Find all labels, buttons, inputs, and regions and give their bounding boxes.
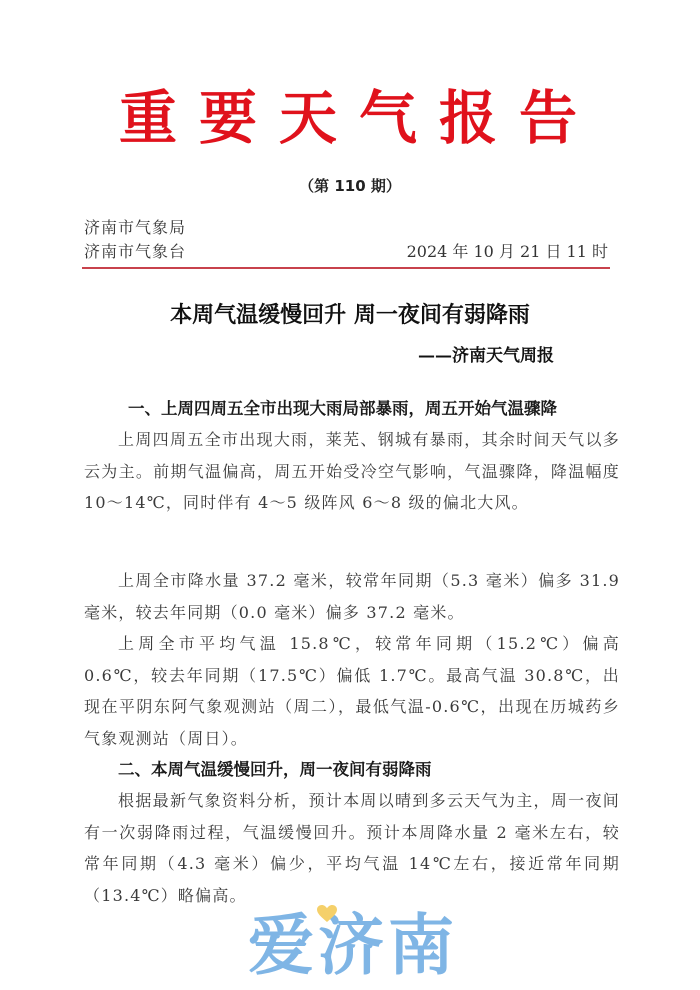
issue-date: 2024 年 10 月 21 日 11 时 xyxy=(407,241,608,263)
issuer-observatory: 济南市气象台 xyxy=(84,241,186,263)
section-heading-2: 二、本周气温缓慢回升，周一夜间有弱降雨 xyxy=(118,758,432,782)
header-divider xyxy=(82,267,610,269)
issuer-bureau: 济南市气象局 xyxy=(84,217,186,239)
section-1-paragraph-1: 上周四周五全市出现大雨，莱芜、钢城有暴雨，其余时间天气以多云为主。前期气温偏高，… xyxy=(84,424,620,519)
section-1-paragraph-2: 上周全市降水量 37.2 毫米，较常年同期（5.3 毫米）偏多 31.9 毫米，… xyxy=(84,565,620,628)
heart-icon xyxy=(317,905,337,923)
report-masthead-title: 重要天气报告 xyxy=(0,78,700,158)
section-1-paragraph-3: 上周全市平均气温 15.8℃，较常年同期（15.2℃）偏高 0.6℃，较去年同期… xyxy=(84,628,620,754)
ai-jinan-watermark-logo: 爱济南 xyxy=(228,902,478,990)
section-heading-1: 一、上周四周五全市出现大雨局部暴雨，周五开始气温骤降 xyxy=(128,397,557,421)
section-2-paragraph-1: 根据最新气象资料分析，预计本周以晴到多云天气为主，周一夜间有一次弱降雨过程，气温… xyxy=(84,785,620,911)
document-title: 本周气温缓慢回升 周一夜间有弱降雨 xyxy=(0,300,700,330)
document-subtitle: ——济南天气周报 xyxy=(418,341,554,366)
issue-number: （第 110 期） xyxy=(0,175,700,196)
